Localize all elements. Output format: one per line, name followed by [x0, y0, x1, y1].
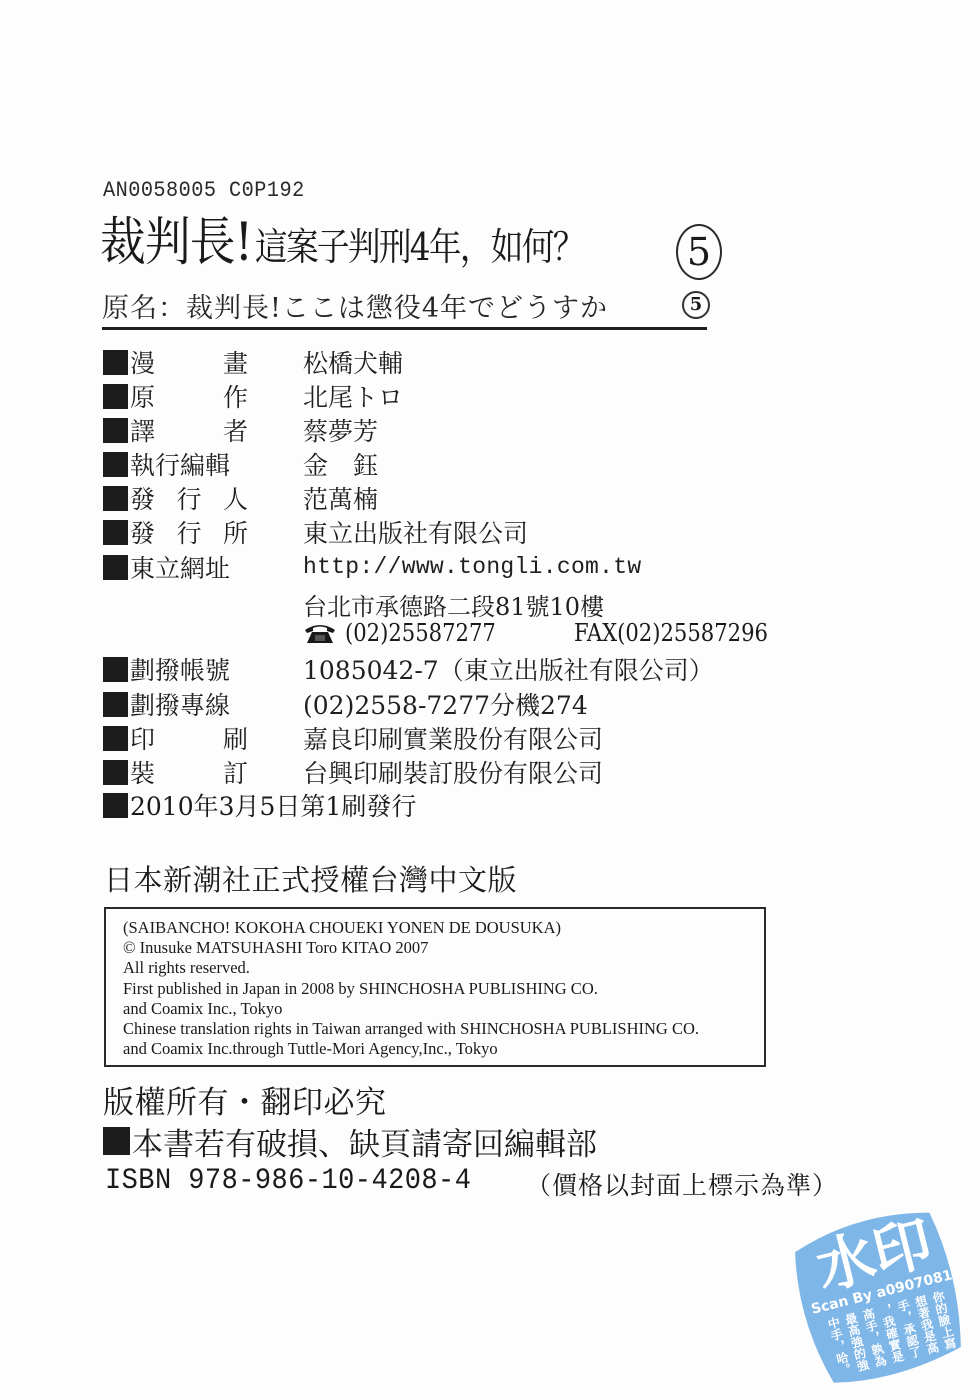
credit-value: (02)2558-7277分機274 [303, 686, 588, 722]
rights-reserved: 版權所有・翻印必究 [103, 1077, 387, 1122]
book-title: 裁判長! 這案子判刑4年，如何？ [100, 212, 637, 272]
credit-label: 原 作 [130, 378, 248, 414]
title-divider [102, 327, 707, 330]
website-link[interactable]: http://www.tongli.com.tw [303, 554, 641, 580]
damage-notice: 本書若有破損、缺頁請寄回編輯部 [132, 1119, 597, 1164]
bullet-square-icon [103, 350, 128, 375]
original-volume-badge: 5 [682, 291, 710, 319]
telephone-icon [303, 622, 337, 644]
bullet-square-icon [103, 555, 128, 580]
credit-row-publisher-person: 發 行 人 范萬楠 [103, 482, 248, 514]
bullet-square-icon [103, 452, 128, 477]
book-title-main: 裁判長! [100, 214, 252, 272]
credit-row-executive-editor: 執行編輯 金 鈺 [103, 448, 248, 480]
fax-number: FAX(02)25587296 [574, 619, 768, 647]
copyright-line: (SAIBANCHO! KOKOHA CHOUEKI YONEN DE DOUS… [123, 918, 764, 938]
bullet-square-icon [103, 760, 128, 785]
credit-row-translator: 譯 者 蔡夢芳 [103, 414, 248, 446]
bullet-square-icon [103, 793, 128, 818]
volume-number-badge: 5 [676, 224, 722, 280]
isbn: ISBN 978-986-10-4208-4 [105, 1164, 471, 1198]
credit-label: 發 行 人 [130, 480, 248, 516]
contact-numbers: (02)25587277 FAX(02)25587296 [303, 619, 795, 647]
original-volume-number: 5 [690, 296, 703, 314]
copyright-line: First published in Japan in 2008 by SHIN… [123, 979, 764, 999]
bullet-square-icon [103, 520, 128, 545]
damage-notice-row: 本書若有破損、缺頁請寄回編輯部 [103, 1122, 597, 1160]
credit-value: 北尾トロ [303, 378, 403, 414]
print-date: 2010年3月5日第1刷發行 [130, 787, 416, 823]
copyright-line: and Coamix Inc., Tokyo [123, 999, 764, 1019]
credit-row-binding: 裝 訂 台興印刷裝訂股份有限公司 [103, 756, 248, 788]
copyright-line: © Inusuke MATSUHASHI Toro KITAO 2007 [123, 938, 764, 958]
credit-row-artist: 漫 畫 松橋犬輔 [103, 346, 248, 378]
credit-value: 嘉良印刷實業股份有限公司 [303, 720, 603, 756]
bullet-square-icon [103, 418, 128, 443]
credit-row-printing: 印 刷 嘉良印刷實業股份有限公司 [103, 722, 248, 754]
bullet-square-icon [103, 1127, 130, 1155]
price-note: （價格以封面上標示為準） [526, 1166, 838, 1202]
bullet-square-icon [103, 657, 128, 682]
bullet-square-icon [103, 692, 128, 717]
bullet-square-icon [103, 384, 128, 409]
credit-label: 印 刷 [130, 720, 248, 756]
credit-row-postal-hotline: 劃撥專線 (02)2558-7277分機274 [103, 688, 248, 720]
publisher-address: 台北市承德路二段81號10樓 [303, 587, 604, 622]
book-title-subtitle: 這案子判刑4年，如何？ [255, 222, 584, 272]
credit-row-postal-account: 劃撥帳號 1085042-7（東立出版社有限公司） [103, 653, 248, 685]
catalog-code: AN0058005 C0P192 [103, 178, 305, 203]
credit-label: 東立網址 [130, 549, 248, 585]
credit-label: 譯 者 [130, 412, 248, 448]
volume-number: 5 [687, 233, 711, 271]
credit-value: 松橋犬輔 [303, 344, 403, 380]
copyright-line: and Coamix Inc.through Tuttle-Mori Agenc… [123, 1039, 764, 1059]
credit-row-publisher-company: 發 行 所 東立出版社有限公司 [103, 516, 248, 548]
credit-value: 蔡夢芳 [303, 412, 378, 448]
bullet-square-icon [103, 486, 128, 511]
credit-value: 金 鈺 [303, 446, 378, 482]
credit-label: 執行編輯 [130, 446, 248, 482]
copyright-line: All rights reserved. [123, 958, 764, 978]
telephone-number: (02)25587277 [345, 619, 496, 647]
credit-value: 東立出版社有限公司 [303, 514, 528, 550]
bullet-square-icon [103, 726, 128, 751]
credit-value: 台興印刷裝訂股份有限公司 [303, 754, 603, 790]
credit-label: 漫 畫 [130, 344, 248, 380]
credit-label: 劃撥專線 [130, 686, 248, 722]
credit-label: 裝 訂 [130, 754, 248, 790]
credit-label: 劃撥帳號 [130, 651, 248, 687]
copyright-box: (SAIBANCHO! KOKOHA CHOUEKI YONEN DE DOUS… [104, 907, 766, 1067]
credit-value: 1085042-7（東立出版社有限公司） [303, 651, 714, 687]
credit-row-website: 東立網址 http://www.tongli.com.tw [103, 551, 248, 583]
credit-row-original-author: 原 作 北尾トロ [103, 380, 248, 412]
license-statement: 日本新潮社正式授權台灣中文版 [104, 858, 517, 899]
credit-label: 發 行 所 [130, 514, 248, 550]
scanner-watermark-icon: 水印 Scan By a09070811 你的臉上寫 想著我是高 手，承認了 ，… [786, 1206, 966, 1386]
original-title: 原名：裁判長!ここは懲役4年でどうすか [102, 286, 608, 325]
credit-value: 范萬楠 [303, 480, 378, 516]
copyright-line: Chinese translation rights in Taiwan arr… [123, 1019, 764, 1039]
print-date-row: 2010年3月5日第1刷發行 [103, 789, 416, 821]
